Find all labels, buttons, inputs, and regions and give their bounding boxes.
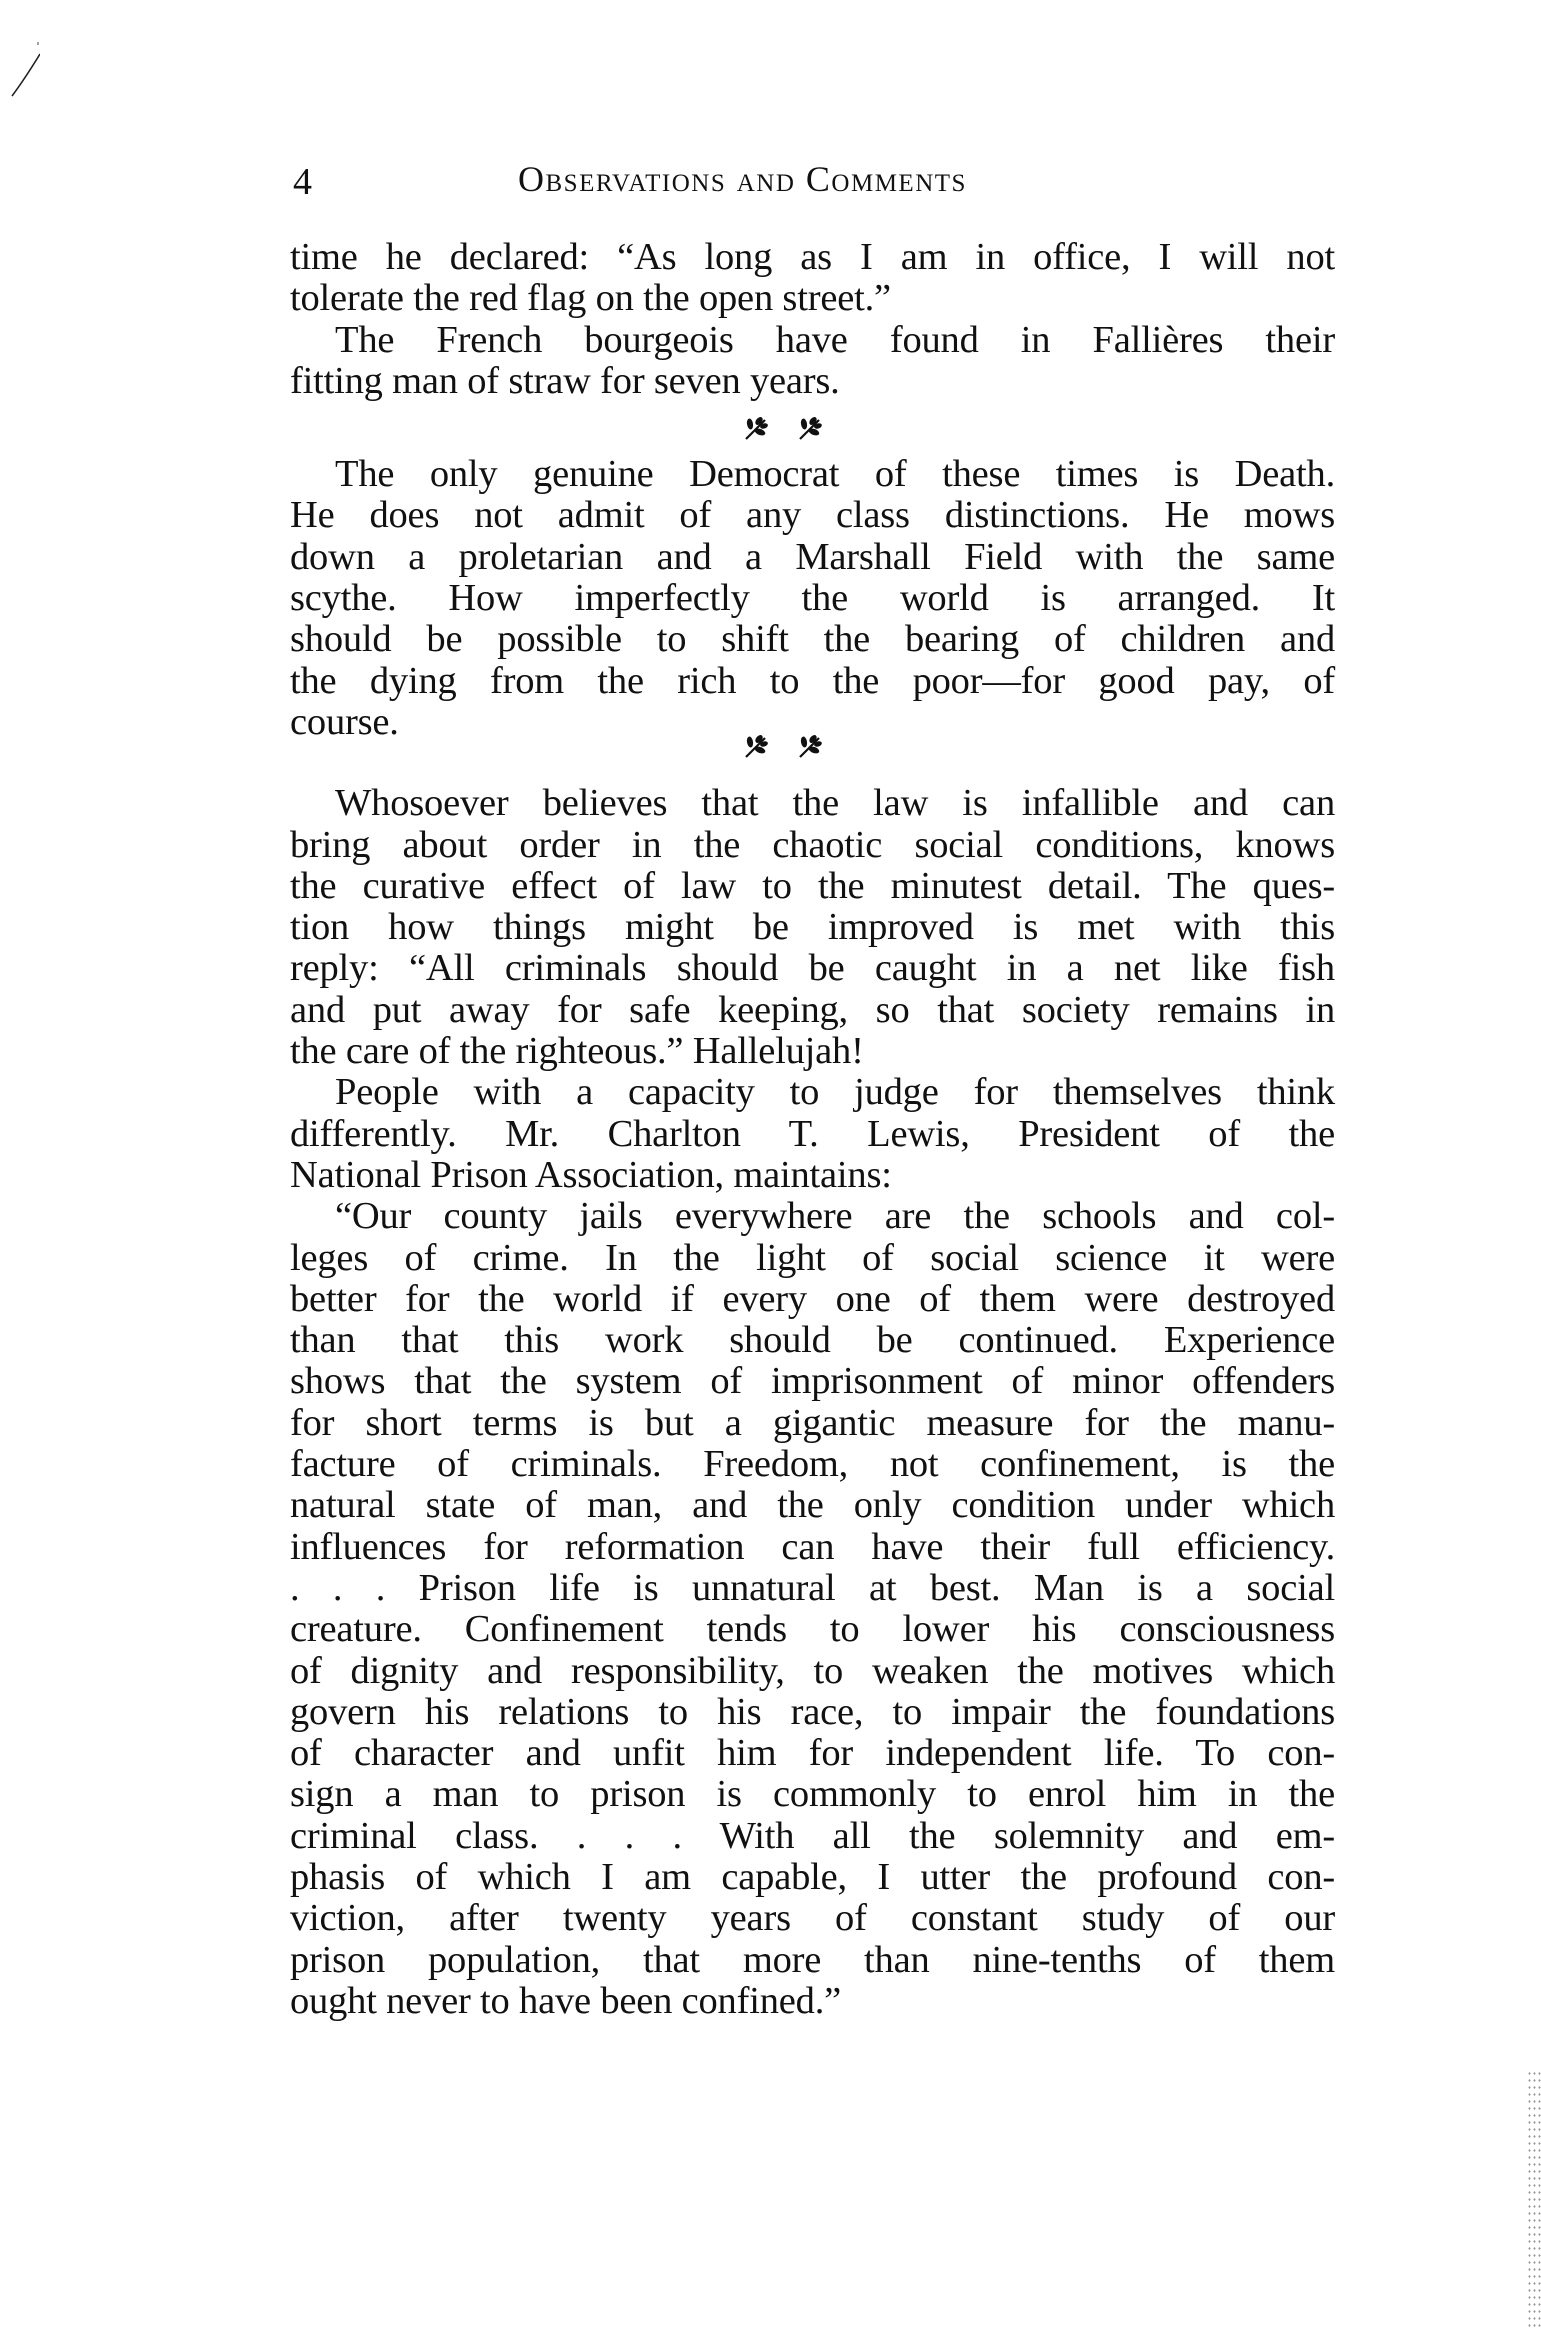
text-line: influences for reformation can have thei… [290, 1527, 1335, 1568]
pen-stroke-mark [10, 40, 40, 100]
text-line: should be possible to shift the bearing … [290, 619, 1335, 660]
text-line: creature. Confinement tends to lower his… [290, 1609, 1335, 1650]
text-line: . . . Prison life is unnatural at best. … [290, 1568, 1335, 1609]
text-line: bring about order in the chaotic social … [290, 825, 1335, 866]
text-line: and put away for safe keeping, so that s… [290, 990, 1335, 1031]
leaf-sprig-icon [797, 733, 823, 759]
leaf-sprig-icon [743, 733, 769, 759]
text-line: govern his relations to his race, to imp… [290, 1692, 1335, 1733]
text-line: fitting man of straw for seven years. [290, 361, 1335, 402]
page-header: 4 Observations and Comments [293, 154, 1093, 204]
text-line: facture of criminals. Freedom, not confi… [290, 1444, 1335, 1485]
text-line: reply: “All criminals should be caught i… [290, 948, 1335, 989]
text-line: criminal class. . . . With all the solem… [290, 1816, 1335, 1857]
text-line: National Prison Association, maintains: [290, 1155, 1335, 1196]
text-line: He does not admit of any class distincti… [290, 495, 1335, 536]
text-line: phasis of which I am capable, I utter th… [290, 1857, 1335, 1898]
leaf-sprig-icon [797, 415, 823, 441]
text-line: ought never to have been confined.” [290, 1981, 1335, 2022]
text-line: viction, after twenty years of constant … [290, 1898, 1335, 1939]
text-line: of character and unfit him for independe… [290, 1733, 1335, 1774]
paragraph-group: The only genuine Democrat of these times… [290, 454, 1335, 743]
paragraph-group: Whosoever believes that the law is infal… [290, 783, 1335, 2022]
text-line: “Our county jails everywhere are the sch… [290, 1196, 1335, 1237]
text-line: better for the world if every one of the… [290, 1279, 1335, 1320]
text-line: tolerate the red flag on the open street… [290, 278, 1335, 319]
page-edge-speckle [1527, 2070, 1541, 2330]
section-ornament [290, 731, 1335, 761]
text-line: down a proletarian and a Marshall Field … [290, 537, 1335, 578]
text-line: shows that the system of imprisonment of… [290, 1361, 1335, 1402]
text-line: People with a capacity to judge for them… [290, 1072, 1335, 1113]
text-line: natural state of man, and the only condi… [290, 1485, 1335, 1526]
text-line: than that this work should be continued.… [290, 1320, 1335, 1361]
text-line: differently. Mr. Charlton T. Lewis, Pres… [290, 1114, 1335, 1155]
body-text: time he declared: “As long as I am in of… [290, 237, 1335, 2022]
text-line: for short terms is but a gigantic measur… [290, 1403, 1335, 1444]
text-line: time he declared: “As long as I am in of… [290, 237, 1335, 278]
leaf-sprig-icon [743, 415, 769, 441]
section-ornament [290, 402, 1335, 454]
text-line: the dying from the rich to the poor—for … [290, 661, 1335, 702]
text-line: the curative effect of law to the minute… [290, 866, 1335, 907]
text-line: The only genuine Democrat of these times… [290, 454, 1335, 495]
text-line: leges of crime. In the light of social s… [290, 1238, 1335, 1279]
text-line: prison population, that more than nine-t… [290, 1940, 1335, 1981]
text-line: tion how things might be improved is met… [290, 907, 1335, 948]
text-line: of dignity and responsibility, to weaken… [290, 1651, 1335, 1692]
text-line: sign a man to prison is commonly to enro… [290, 1774, 1335, 1815]
running-head: Observations and Comments [518, 158, 967, 200]
text-line: scythe. How imperfectly the world is arr… [290, 578, 1335, 619]
text-line: the care of the righteous.” Hallelujah! [290, 1031, 1335, 1072]
paragraph-group: time he declared: “As long as I am in of… [290, 237, 1335, 402]
text-line: The French bourgeois have found in Falli… [290, 320, 1335, 361]
page-number: 4 [293, 160, 312, 204]
text-line: Whosoever believes that the law is infal… [290, 783, 1335, 824]
book-page: 4 Observations and Comments time he decl… [0, 0, 1541, 2339]
